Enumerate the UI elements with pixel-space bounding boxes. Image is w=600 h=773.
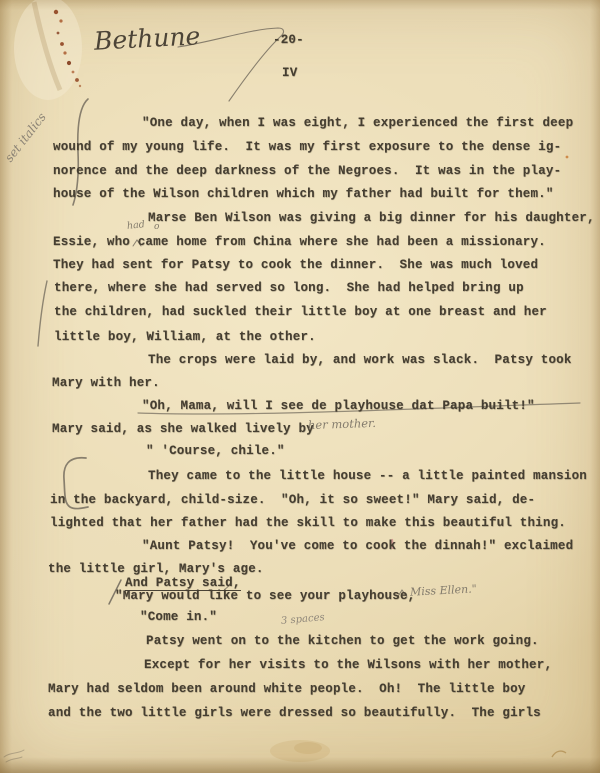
margin-note-three-spaces: 3 spaces (281, 612, 325, 627)
page-number: -20- (273, 33, 304, 47)
handwritten-edit-her-mother: her mother. (308, 416, 376, 432)
typescript-line: wound of my young life. It was my first … (53, 140, 561, 154)
typescript-line: Mary with her. (52, 376, 160, 390)
second-paragraph-margin-line (38, 281, 47, 346)
typescript-line: "Aunt Patsy! You've come to cook the din… (142, 539, 573, 553)
typescript-line: Except for her visits to the Wilsons wit… (144, 658, 552, 672)
typescript-line: Mary said, as she walked lively by (52, 422, 314, 436)
typescript-line: Mary had seldom been around white people… (48, 682, 525, 696)
typescript-line: house of the Wilson children which my fa… (53, 187, 554, 201)
pencil-strokes (4, 28, 580, 762)
typescript-line: "One day, when I was eight, I experience… (142, 116, 573, 130)
handwritten-edit-had: had (126, 219, 145, 232)
typescript-line: norence and the deep darkness of the Neg… (53, 164, 561, 178)
handwritten-edit-miss-ellen: Miss Ellen." (410, 582, 477, 598)
corner-scribble (4, 750, 24, 762)
typescript-line: in the backyard, child-size. "Oh, it so … (50, 493, 535, 507)
handwritten-edit-o: o (154, 222, 159, 232)
typescript-line: the children, had suckled their little b… (54, 305, 547, 319)
typescript-line: Patsy went on to the kitchen to get the … (146, 634, 539, 648)
typescript-line: little boy, William, at the other. (54, 330, 316, 344)
typescript-line: " 'Course, chile." (146, 444, 285, 458)
typescript-line: there, where she had served so long. She… (54, 281, 524, 295)
typescript-line: Marse Ben Wilson was giving a big dinner… (148, 211, 595, 225)
typescript-line: "Oh, Mama, will I see de playhouse dat P… (142, 399, 535, 413)
section-heading: IV (282, 66, 297, 80)
tape-stain (14, 0, 82, 100)
manuscript-page: -20- IV "One day, when I was eight, I ex… (0, 0, 600, 773)
typescript-line: the little girl, Mary's age. (48, 562, 264, 576)
margin-note-set-italics: set italics (2, 110, 49, 165)
typescript-line: Essie, who came home from China where sh… (53, 235, 546, 249)
typescript-line: They had sent for Patsy to cook the dinn… (53, 258, 538, 272)
typescript-line: "Mary would like to see your playhouse, (115, 589, 415, 603)
typescript-line: The crops were laid by, and work was sla… (148, 353, 572, 367)
typescript-line: lighted that her father had the skill to… (50, 516, 566, 530)
typescript-line: They came to the little house -- a littl… (148, 469, 587, 483)
typescript-line: "Come in." (140, 610, 217, 624)
typescript-line: and the two little girls were dressed so… (48, 706, 541, 720)
handwritten-name: Bethune (93, 21, 201, 56)
